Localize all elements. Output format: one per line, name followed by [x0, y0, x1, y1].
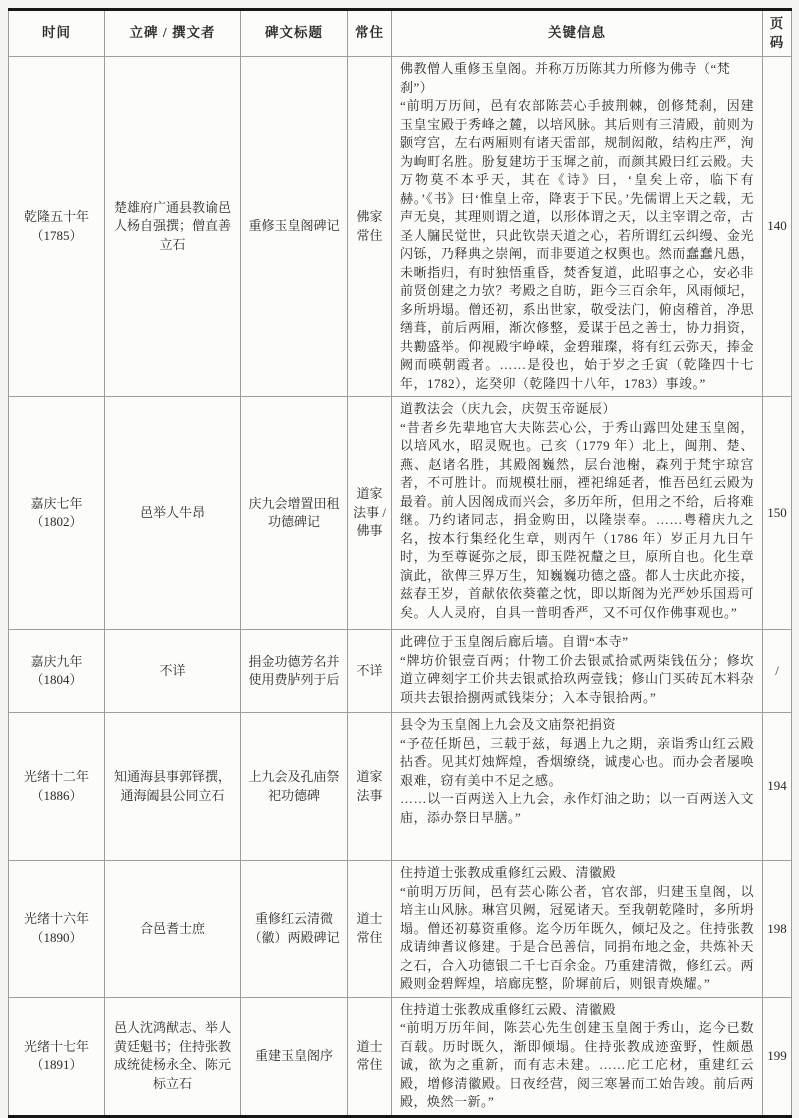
- resident-cell: 道士 常住: [348, 997, 392, 1116]
- table-header-row: 时间 立碑 / 撰文者 碑文标题 常住 关键信息 页码: [9, 10, 792, 57]
- time-cell: 光绪十二年 （1886）: [9, 713, 105, 861]
- column-header-page: 页码: [763, 10, 792, 57]
- keyinfo-quote: “昔者乡先辈地官大夫陈芸心公，于秀山露凹处建玉皇阁，以培风水，昭灵贶也。己亥（1…: [400, 419, 754, 623]
- time-cell: 乾隆五十年 （1785）: [9, 57, 105, 397]
- year-text: （1804）: [13, 671, 100, 690]
- table-row: 嘉庆七年 （1802） 邑举人牛昂 庆九会增置田租功德碑记 道家 法事 / 佛事…: [9, 397, 792, 630]
- time-cell: 嘉庆七年 （1802）: [9, 397, 105, 630]
- page-cell: 140: [763, 57, 792, 397]
- keyinfo-cell: 县令为玉皇阁上九会及文庙祭祀捐资 “予莅任斯邑，三载于兹，每遇上九之期，亲诣秀山…: [392, 713, 763, 861]
- era-text: 光绪十六年: [13, 910, 100, 929]
- year-text: （1886）: [13, 787, 100, 806]
- time-cell: 光绪十七年 （1891）: [9, 997, 105, 1116]
- keyinfo-quote: “牌坊价银壹百两；什物工价去银贰拾贰两柒钱伍分；修坎道立碑刻字工价共去银贰拾玖两…: [400, 652, 754, 708]
- year-text: （1891）: [13, 1056, 100, 1075]
- keyinfo-quote: “予莅任斯邑，三载于兹，每遇上九之期，亲诣秀山红云殿拈香。见其灯烛辉煌，香烟缭绕…: [400, 735, 754, 828]
- page-cell: 198: [763, 861, 792, 998]
- page-cell: 199: [763, 997, 792, 1116]
- year-text: （1890）: [13, 929, 100, 948]
- keyinfo-summary: 此碑位于玉皇阁后廊后墙。自谓“本寺”: [400, 633, 754, 652]
- resident-cell: 道家 法事: [348, 713, 392, 861]
- table-row: 光绪十七年 （1891） 邑人沈鸿猷志、举人黄廷魁书；住持张教成统徒杨永全、陈元…: [9, 997, 792, 1116]
- resident-cell: 佛家 常住: [348, 57, 392, 397]
- stele-inscription-table: 时间 立碑 / 撰文者 碑文标题 常住 关键信息 页码 乾隆五十年 （1785）…: [8, 8, 792, 1118]
- keyinfo-cell: 佛教僧人重修玉皇阁。并称万历陈其力所修为佛寺（“梵刹”） “前明万历间，邑有农部…: [392, 57, 763, 397]
- keyinfo-summary: 住持道士张教成重修红云殿、清徽殿: [400, 1001, 754, 1020]
- resident-cell: 道家 法事 / 佛事: [348, 397, 392, 630]
- author-cell: 不详: [105, 630, 241, 713]
- era-text: 嘉庆七年: [13, 495, 100, 514]
- keyinfo-cell: 住持道士张教成重修红云殿、清徽殿 “前明万历年间，陈芸心先生创建玉皇阁于秀山，迄…: [392, 997, 763, 1116]
- keyinfo-summary: 道教法会（庆九会，庆贺玉帝诞辰）: [400, 400, 754, 419]
- column-header-author: 立碑 / 撰文者: [105, 10, 241, 57]
- keyinfo-summary: 佛教僧人重修玉皇阁。并称万历陈其力所修为佛寺（“梵刹”）: [400, 60, 754, 97]
- era-text: 乾隆五十年: [13, 208, 100, 227]
- author-cell: 楚雄府广通县教谕邑人杨自强撰；僧直善立石: [105, 57, 241, 397]
- document-page: 时间 立碑 / 撰文者 碑文标题 常住 关键信息 页码 乾隆五十年 （1785）…: [0, 0, 799, 1118]
- keyinfo-quote: “前明万历间，邑有芸心陈公者，官农部，归建玉皇阁，以培主山风脉。琳宫贝阙，冠冕诸…: [400, 883, 754, 994]
- author-cell: 邑举人牛昂: [105, 397, 241, 630]
- year-text: （1785）: [13, 227, 100, 246]
- keyinfo-cell: 住持道士张教成重修红云殿、清徽殿 “前明万历间，邑有芸心陈公者，官农部，归建玉皇…: [392, 861, 763, 998]
- title-cell: 庆九会增置田租功德碑记: [241, 397, 348, 630]
- table-row: 乾隆五十年 （1785） 楚雄府广通县教谕邑人杨自强撰；僧直善立石 重修玉皇阁碑…: [9, 57, 792, 397]
- page-cell: 194: [763, 713, 792, 861]
- column-header-title: 碑文标题: [241, 10, 348, 57]
- keyinfo-summary: 县令为玉皇阁上九会及文庙祭祀捐资: [400, 716, 754, 735]
- author-cell: 知通海县事郭铎撰，通海阖县公同立石: [105, 713, 241, 861]
- title-cell: 重建玉皇阁序: [241, 997, 348, 1116]
- resident-cell: 道士 常住: [348, 861, 392, 998]
- page-cell: 150: [763, 397, 792, 630]
- year-text: （1802）: [13, 513, 100, 532]
- title-cell: 上九会及孔庙祭祀功德碑: [241, 713, 348, 861]
- column-header-time: 时间: [9, 10, 105, 57]
- keyinfo-quote: “前明万历年间，陈芸心先生创建玉皇阁于秀山，迄今已数百载。历时既久，渐即倾塌。住…: [400, 1019, 754, 1112]
- era-text: 光绪十七年: [13, 1038, 100, 1057]
- column-header-resident: 常住: [348, 10, 392, 57]
- title-cell: 重修玉皇阁碑记: [241, 57, 348, 397]
- table-row: 光绪十六年 （1890） 合邑耆士庶 重修红云清微（徽）两殿碑记 道士 常住 住…: [9, 861, 792, 998]
- era-text: 光绪十二年: [13, 768, 100, 787]
- keyinfo-summary: 住持道士张教成重修红云殿、清徽殿: [400, 864, 754, 883]
- resident-cell: 不详: [348, 630, 392, 713]
- era-text: 嘉庆九年: [13, 653, 100, 672]
- table-row: 嘉庆九年 （1804） 不详 捐金功德芳名并使用费胪列于后 不详 此碑位于玉皇阁…: [9, 630, 792, 713]
- keyinfo-quote: “前明万历间，邑有农部陈芸心手披荆棘，创修梵刹，因建玉皇宝殿于秀峰之麓，以培风脉…: [400, 97, 754, 393]
- column-header-keyinfo: 关键信息: [392, 10, 763, 57]
- page-cell: /: [763, 630, 792, 713]
- author-cell: 邑人沈鸿猷志、举人黄廷魁书；住持张教成统徒杨永全、陈元标立石: [105, 997, 241, 1116]
- table-row: 光绪十二年 （1886） 知通海县事郭铎撰，通海阖县公同立石 上九会及孔庙祭祀功…: [9, 713, 792, 861]
- title-cell: 捐金功德芳名并使用费胪列于后: [241, 630, 348, 713]
- author-cell: 合邑耆士庶: [105, 861, 241, 998]
- title-cell: 重修红云清微（徽）两殿碑记: [241, 861, 348, 998]
- keyinfo-cell: 此碑位于玉皇阁后廊后墙。自谓“本寺” “牌坊价银壹百两；什物工价去银贰拾贰两柒钱…: [392, 630, 763, 713]
- time-cell: 嘉庆九年 （1804）: [9, 630, 105, 713]
- time-cell: 光绪十六年 （1890）: [9, 861, 105, 998]
- keyinfo-cell: 道教法会（庆九会，庆贺玉帝诞辰） “昔者乡先辈地官大夫陈芸心公，于秀山露凹处建玉…: [392, 397, 763, 630]
